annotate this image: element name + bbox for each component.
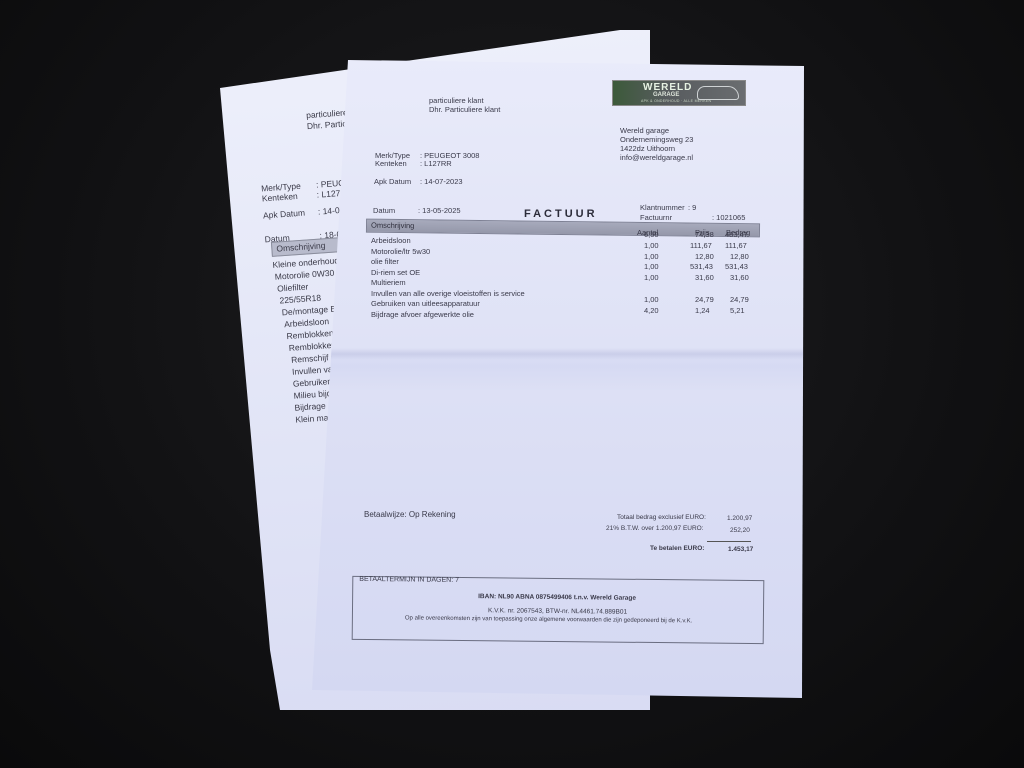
row-amount: 31,60 bbox=[730, 273, 749, 282]
row-quantity: 6,50 bbox=[644, 230, 659, 239]
garage-street: Ondernemingsweg 23 bbox=[620, 135, 693, 144]
back-apk-label: Apk Datum bbox=[263, 208, 306, 221]
kenteken-label: Kenteken bbox=[375, 159, 407, 168]
payment-term: BETAALTERMIJN IN DAGEN: 7 bbox=[359, 576, 459, 584]
klantnummer-label: Klantnummer bbox=[640, 203, 685, 212]
paper-fold-crease bbox=[312, 348, 804, 360]
row-description: Invullen van alle overige vloeistoffen i… bbox=[371, 289, 525, 298]
kenteken-value: : L127RR bbox=[420, 159, 452, 168]
payment-footer-box: BETAALTERMIJN IN DAGEN: 7 IBAN: NL90 ABN… bbox=[352, 576, 765, 644]
row-description: Arbeidsloon bbox=[371, 236, 411, 245]
back-list-item: 225/55R18 bbox=[279, 293, 321, 306]
header-omschrijving: Omschrijving bbox=[371, 221, 414, 231]
row-quantity: 1,00 bbox=[644, 295, 659, 304]
row-price: 12,80 bbox=[695, 252, 714, 261]
row-description: Di-riem set OE bbox=[371, 268, 420, 277]
garage-logo: WERELD GARAGE APK & ONDERHOUD · ALLE MER… bbox=[612, 80, 746, 106]
back-list-item: Motorolie 0W30 bbox=[274, 268, 334, 282]
iban-line: IBAN: NL90 ABNA 0875499406 t.n.v. Wereld… bbox=[478, 593, 636, 602]
back-kenteken-label: Kenteken bbox=[262, 191, 299, 203]
row-price: 111,67 bbox=[690, 241, 712, 250]
betaalwijze: Betaalwijze: Op Rekening bbox=[364, 510, 456, 519]
datum-label: Datum bbox=[373, 206, 395, 215]
row-quantity: 1,00 bbox=[644, 252, 659, 261]
customer-line1: particuliere klant bbox=[429, 96, 484, 105]
row-description: Gebruiken van uitleesapparatuur bbox=[371, 299, 480, 308]
total-label: Te betalen EURO: bbox=[650, 545, 704, 552]
row-amount: 12,80 bbox=[730, 252, 749, 261]
row-amount: 24,79 bbox=[730, 295, 749, 304]
row-description: Bijdrage afvoer afgewerkte olie bbox=[371, 310, 474, 319]
apk-label: Apk Datum bbox=[374, 177, 411, 186]
total-value: 1.453,17 bbox=[728, 546, 753, 553]
garage-city: 1422dz Uithoorn bbox=[620, 144, 675, 153]
row-quantity: 1,00 bbox=[644, 241, 659, 250]
row-description: olie filter bbox=[371, 257, 399, 266]
btw-value: 252,20 bbox=[730, 527, 750, 534]
total-excl-value: 1.200,97 bbox=[727, 515, 752, 522]
row-description: Multieriem bbox=[371, 278, 406, 287]
garage-email: info@wereldgarage.nl bbox=[620, 153, 693, 162]
terms-line: Op alle overeenkomsten zijn van toepassi… bbox=[405, 615, 692, 624]
apk-value: : 14-07-2023 bbox=[420, 177, 463, 186]
back-list-item: Oliefilter bbox=[277, 281, 309, 293]
factuurnr-label: Factuurnr bbox=[640, 213, 672, 222]
kvk-line: K.V.K. nr. 2067543, BTW-nr. NL4461.74.88… bbox=[488, 607, 627, 615]
row-price: 31,60 bbox=[695, 273, 714, 282]
row-price: 74,38 bbox=[695, 230, 714, 239]
row-price: 24,79 bbox=[695, 295, 714, 304]
row-quantity: 1,00 bbox=[644, 273, 659, 282]
row-quantity: 4,20 bbox=[644, 306, 659, 315]
row-quantity: 1,00 bbox=[644, 262, 659, 271]
row-price: 1,24 bbox=[695, 306, 710, 315]
back-list-item: Arbeidsloon bbox=[284, 316, 329, 329]
row-amount: 111,67 bbox=[725, 241, 747, 250]
klantnummer-value: : 9 bbox=[688, 203, 696, 212]
row-amount: 483,47 bbox=[725, 230, 748, 239]
row-amount: 5,21 bbox=[730, 306, 745, 315]
row-description: Motorolie/ltr 5w30 bbox=[371, 247, 430, 256]
total-excl-label: Totaal bedrag exclusief EURO: bbox=[617, 514, 706, 521]
sum-divider bbox=[707, 541, 751, 542]
front-invoice-sheet: particuliere klant Dhr. Particuliere kla… bbox=[312, 58, 804, 700]
logo-sub: GARAGE bbox=[653, 92, 679, 98]
datum-value: : 13-05-2025 bbox=[418, 206, 461, 215]
customer-line2: Dhr. Particuliere klant bbox=[429, 105, 500, 114]
factuurnr-value: : 1021065 bbox=[712, 213, 745, 222]
row-price: 531,43 bbox=[690, 262, 713, 271]
invoice-title: FACTUUR bbox=[524, 208, 598, 220]
btw-label: 21% B.T.W. over 1.200,97 EURO: bbox=[606, 525, 704, 532]
garage-name: Wereld garage bbox=[620, 126, 669, 135]
car-icon bbox=[697, 86, 739, 100]
row-amount: 531,43 bbox=[725, 262, 748, 271]
